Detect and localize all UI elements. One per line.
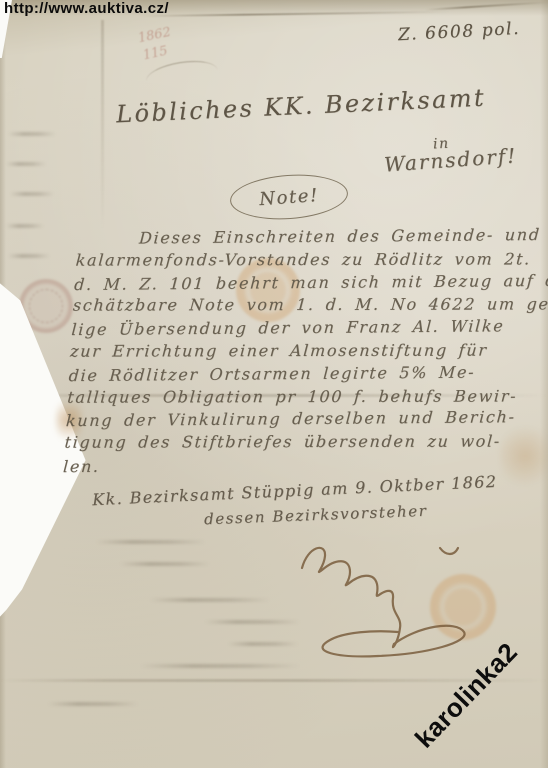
bleed-through-smudge: [10, 192, 54, 196]
bleed-through-smudge: [6, 224, 44, 228]
body-line: d. M. Z. 101 beehrt man sich mit Bezug a…: [73, 269, 544, 296]
recipient-line-3: Warnsdorf!: [383, 143, 518, 176]
body-line: kung der Vinkulirung derselben und Beric…: [65, 406, 536, 433]
bleed-through-smudge: [96, 540, 206, 544]
body-line: talliques Obligation pr 100 f. behufs Be…: [67, 385, 538, 409]
body-line: tigung des Stiftbriefes übersenden zu wo…: [64, 431, 535, 455]
site-url-watermark: http://www.auktiva.cz/: [4, 0, 169, 17]
bleed-through-smudge: [6, 162, 46, 166]
fold-crease-vertical: [101, 20, 104, 230]
body-line: lige Übersendung der von Franz Al. Wilke: [71, 315, 542, 342]
red-number-mark: 115: [142, 44, 169, 64]
signer-title: dessen Bezirksvorsteher: [204, 502, 428, 529]
body-line: kalarmenfonds-Vorstandes zu Rödlitz vom …: [75, 248, 546, 272]
scanned-letter-image: 1862 115 Z. 6608 pol. Löbliches KK. Bezi…: [0, 0, 548, 768]
ink-scribble: [144, 57, 219, 95]
note-label: Note!: [258, 184, 319, 209]
signature-flourish: [278, 532, 478, 667]
body-line: schätzbare Note vom 1. d. M. No 4622 um …: [72, 294, 543, 318]
recipient-line-1: Löbliches KK. Bezirksamt: [116, 84, 487, 129]
bleed-through-smudge: [8, 254, 50, 258]
file-number: Z. 6608 pol.: [398, 19, 521, 45]
bleed-through-smudge: [140, 664, 300, 668]
bleed-through-smudge: [150, 598, 270, 602]
body-line: die Rödlitzer Ortsarmen legirte 5% Me-: [68, 361, 539, 388]
bleed-through-smudge: [48, 702, 138, 706]
bleed-through-smudge: [8, 132, 56, 136]
body-line: zur Errichtung einer Almosenstiftung für: [69, 339, 540, 363]
red-year-mark: 1862: [137, 25, 172, 47]
paper-right-edge-shading: [540, 0, 548, 768]
body-line: Dieses Einschreiten des Gemeinde- und Lo…: [76, 224, 547, 251]
bleed-through-smudge: [120, 562, 210, 566]
note-oval: Note!: [229, 171, 350, 223]
letter-body: Dieses Einschreiten des Gemeinde- und Lo…: [62, 224, 547, 479]
